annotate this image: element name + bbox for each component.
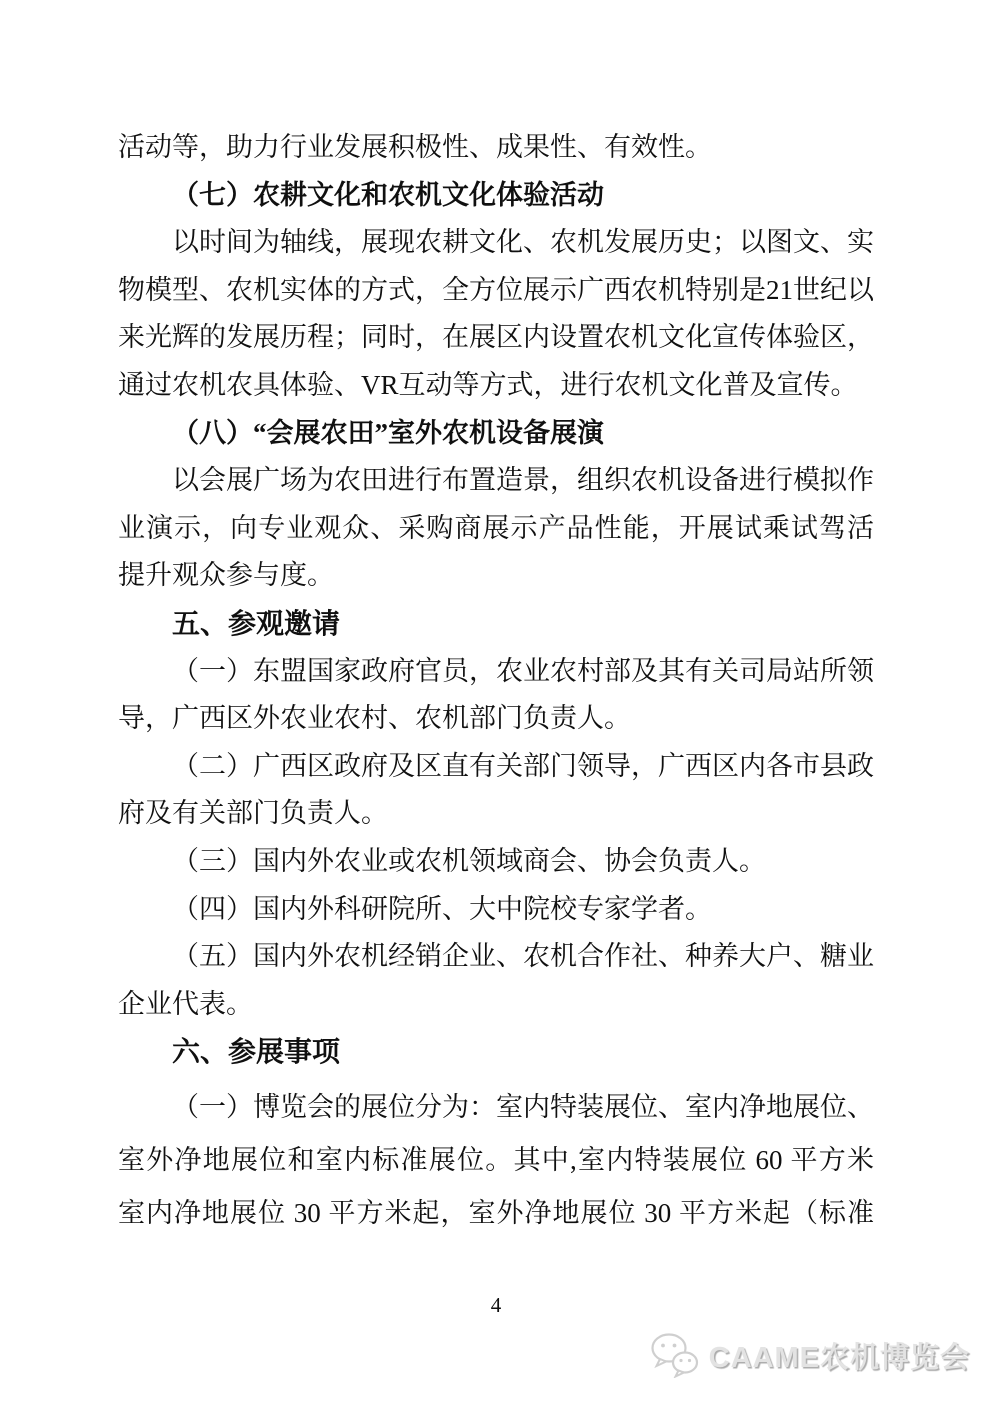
text-line: 物模型、农机实体的方式，全方位展示广西农机特别是21世纪以 bbox=[118, 267, 874, 315]
text-line: （一）博览会的展位分为：室内特装展位、室内净地展位、 bbox=[118, 1081, 874, 1134]
text-line: （三）国内外农业或农机领域商会、协会负责人。 bbox=[118, 838, 874, 886]
section-heading: 五、参观邀请 bbox=[118, 600, 874, 648]
watermark: CAAME农机博览会 bbox=[650, 1332, 970, 1378]
text-line: 提升观众参与度。 bbox=[118, 552, 874, 600]
text-line: 通过农机农具体验、VR互动等方式，进行农机文化普及宣传。 bbox=[118, 362, 874, 410]
text-line: 以会展广场为农田进行布置造景，组织农机设备进行模拟作 bbox=[118, 457, 874, 505]
text-line: （二）广西区政府及区直有关部门领导，广西区内各市县政 bbox=[118, 743, 874, 791]
document-body: 活动等，助力行业发展积极性、成果性、有效性。（七）农耕文化和农机文化体验活动以时… bbox=[118, 124, 874, 1240]
text-line: 室内净地展位 30 平方米起，室外净地展位 30 平方米起（标准 6m bbox=[118, 1187, 874, 1240]
text-line: 导，广西区外农业农村、农机部门负责人。 bbox=[118, 695, 874, 743]
text-line: 来光辉的发展历程；同时，在展区内设置农机文化宣传体验区， bbox=[118, 314, 874, 362]
text-line: （一）东盟国家政府官员，农业农村部及其有关司局站所领 bbox=[118, 648, 874, 696]
text-line: 室外净地展位和室内标准展位。其中,室内特装展位 60 平方米起， bbox=[118, 1134, 874, 1187]
section-heading: （七）农耕文化和农机文化体验活动 bbox=[118, 172, 874, 220]
section-heading: 六、参展事项 bbox=[118, 1028, 874, 1076]
text-line: 活动等，助力行业发展积极性、成果性、有效性。 bbox=[118, 124, 874, 172]
text-line: （四）国内外科研院所、大中院校专家学者。 bbox=[118, 886, 874, 934]
page-number: 4 bbox=[0, 1293, 992, 1318]
text-line: 企业代表。 bbox=[118, 981, 874, 1029]
text-line: 业演示，向专业观众、采购商展示产品性能，开展试乘试驾活动， bbox=[118, 505, 874, 553]
text-line: （五）国内外农机经销企业、农机合作社、种养大户、糖业 bbox=[118, 933, 874, 981]
text-line: 府及有关部门负责人。 bbox=[118, 790, 874, 838]
text-line: 以时间为轴线，展现农耕文化、农机发展历史；以图文、实 bbox=[118, 219, 874, 267]
wechat-icon bbox=[650, 1332, 700, 1378]
document-page: 活动等，助力行业发展积极性、成果性、有效性。（七）农耕文化和农机文化体验活动以时… bbox=[0, 0, 992, 1403]
watermark-text: CAAME农机博览会 bbox=[709, 1335, 970, 1376]
section-heading: （八）“会展农田”室外农机设备展演 bbox=[118, 410, 874, 458]
